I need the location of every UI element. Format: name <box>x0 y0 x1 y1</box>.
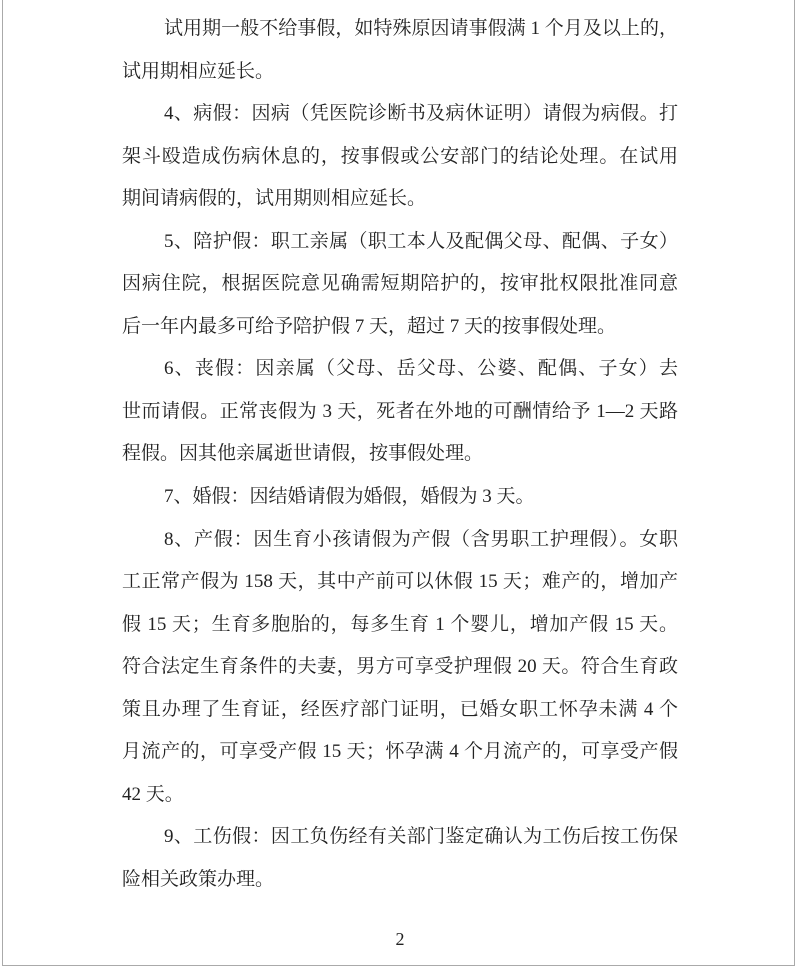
text-line: 月流产的，可享受产假 15 天；怀孕满 4 个月流产的，可享受产假 <box>122 731 678 774</box>
document-page: 试用期一般不给事假，如特殊原因请事假满 1 个月及以上的，试用期相应延长。4、病… <box>0 0 797 971</box>
text-line: 4、病假：因病（凭医院诊断书及病休证明）请假为病假。打 <box>122 93 678 136</box>
page-number: 2 <box>122 918 678 960</box>
page-right-edge <box>794 0 795 965</box>
text-line: 9、工伤假：因工负伤经有关部门鉴定确认为工伤后按工伤保 <box>122 816 678 859</box>
text-line: 期间请病假的，试用期则相应延长。 <box>122 178 678 221</box>
text-line: 工正常产假为 158 天，其中产前可以休假 15 天；难产的，增加产 <box>122 561 678 604</box>
text-line: 世而请假。正常丧假为 3 天，死者在外地的可酬情给予 1—2 天路 <box>122 391 678 434</box>
text-line: 5、陪护假：职工亲属（职工本人及配偶父母、配偶、子女） <box>122 221 678 264</box>
text-line: 8、产假：因生育小孩请假为产假（含男职工护理假）。女职 <box>122 519 678 562</box>
text-line: 险相关政策办理。 <box>122 859 678 902</box>
page-left-edge <box>2 0 3 965</box>
text-line: 7、婚假：因结婚请假为婚假，婚假为 3 天。 <box>122 476 678 519</box>
text-line: 42 天。 <box>122 774 678 817</box>
page-bottom-edge <box>2 965 795 966</box>
text-line: 6、丧假：因亲属（父母、岳父母、公婆、配偶、子女）去 <box>122 348 678 391</box>
text-line: 试用期一般不给事假，如特殊原因请事假满 1 个月及以上的， <box>122 8 678 51</box>
text-line: 因病住院，根据医院意见确需短期陪护的，按审批权限批准同意 <box>122 263 678 306</box>
document-text-body: 试用期一般不给事假，如特殊原因请事假满 1 个月及以上的，试用期相应延长。4、病… <box>122 8 678 901</box>
text-line: 程假。因其他亲属逝世请假，按事假处理。 <box>122 433 678 476</box>
text-line: 架斗殴造成伤病休息的，按事假或公安部门的结论处理。在试用 <box>122 136 678 179</box>
text-line: 假 15 天；生育多胞胎的，每多生育 1 个婴儿，增加产假 15 天。 <box>122 604 678 647</box>
text-line: 符合法定生育条件的夫妻，男方可享受护理假 20 天。符合生育政 <box>122 646 678 689</box>
text-line: 策且办理了生育证，经医疗部门证明，已婚女职工怀孕未满 4 个 <box>122 689 678 732</box>
text-line: 后一年内最多可给予陪护假 7 天，超过 7 天的按事假处理。 <box>122 306 678 349</box>
text-line: 试用期相应延长。 <box>122 51 678 94</box>
